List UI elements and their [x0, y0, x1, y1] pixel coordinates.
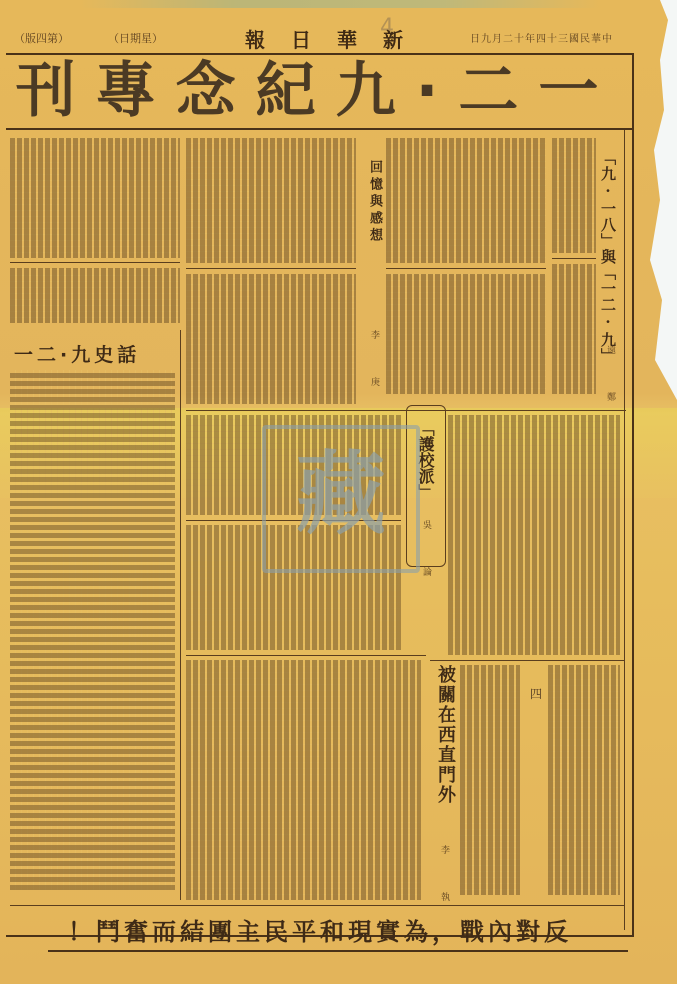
- banner-bottom-rule: [48, 950, 628, 952]
- article-byline-918: 遠 鄭: [604, 345, 617, 415]
- article-body: [186, 660, 421, 900]
- page-number: （版四第）: [14, 30, 69, 46]
- masthead: （版四第） （日期星） 報日華新 日九月二十年四十三國民華中: [0, 22, 640, 50]
- title-rule: [6, 128, 632, 130]
- section-headline-history: 一二·九史話: [14, 340, 140, 367]
- page-discoloration: [80, 0, 600, 8]
- bottom-slogan-banner: ！鬥奮而結團主民平和現實為，戰內對反: [60, 912, 580, 947]
- article-body: [10, 138, 180, 258]
- column-rule: [10, 262, 180, 263]
- column-rule: [186, 268, 356, 269]
- right-column-rule: [624, 130, 625, 930]
- history-article-body: [10, 370, 175, 890]
- issue-date: 日九月二十年四十三國民華中: [470, 30, 613, 45]
- article-body: [10, 268, 180, 323]
- article-byline-memories: 李 庚: [368, 330, 381, 400]
- archive-seal-stamp: 藏: [262, 425, 420, 573]
- weekday: （日期星）: [108, 30, 163, 46]
- article-body: [386, 138, 546, 263]
- column-rule: [180, 330, 181, 900]
- article-body: [186, 274, 356, 404]
- special-issue-title: 刊專念紀九·二一: [4, 55, 630, 127]
- section-marker: 四: [530, 685, 542, 702]
- column-rule: [552, 258, 596, 259]
- newspaper-page: 4 （版四第） （日期星） 報日華新 日九月二十年四十三國民華中 刊專念紀九·二…: [0, 0, 677, 984]
- newspaper-name: 報日華新: [245, 24, 429, 53]
- article-body: [386, 274, 546, 394]
- article-body: [552, 264, 596, 394]
- article-byline-school-guard: 吳 論: [420, 520, 433, 590]
- article-body: [552, 138, 596, 253]
- article-body: [448, 415, 620, 655]
- article-body: [460, 665, 520, 895]
- column-rule: [430, 660, 624, 661]
- article-body: [186, 138, 356, 263]
- article-headline-918: 「九·一八」與「一二·九」: [598, 150, 619, 364]
- column-rule: [386, 268, 546, 269]
- article-headline-locked-out: 被關在西直門外: [432, 665, 458, 805]
- article-body: [548, 665, 620, 895]
- article-headline-memories: 回憶與感想: [365, 160, 384, 245]
- banner-top-rule: [10, 905, 624, 906]
- column-rule: [186, 655, 426, 656]
